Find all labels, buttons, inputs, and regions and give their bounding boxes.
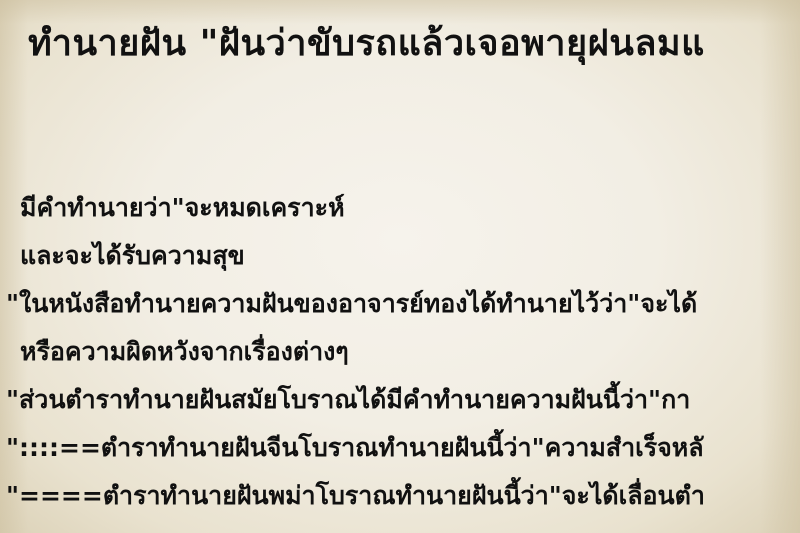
page-title: ทำนายฝัน "ฝันว่าขับรถแล้วเจอพายุฝนลมแ <box>28 14 705 74</box>
interpretation-line: หรือความผิดหวังจากเรื่องต่างๆ <box>20 332 349 372</box>
interpretation-line: มีคำทำนายว่า"จะหมดเคราะห์ <box>20 188 345 228</box>
paper-edge-right <box>760 0 800 533</box>
interpretation-line: "ส่วนตำราทำนายฝันสมัยโบราณได้มีคำทำนายคว… <box>6 380 690 420</box>
interpretation-line: "====ตำราทำนายฝันพม่าโบราณทำนายฝันนี้ว่า… <box>6 476 705 516</box>
interpretation-line: "::::==ตำราทำนายฝันจีนโบราณทำนายฝันนี้ว่… <box>6 428 704 468</box>
interpretation-line: "ในหนังสือทำนายความฝันของอาจารย์ทองได้ทำ… <box>6 284 697 324</box>
interpretation-line: และจะได้รับความสุข <box>20 236 245 276</box>
